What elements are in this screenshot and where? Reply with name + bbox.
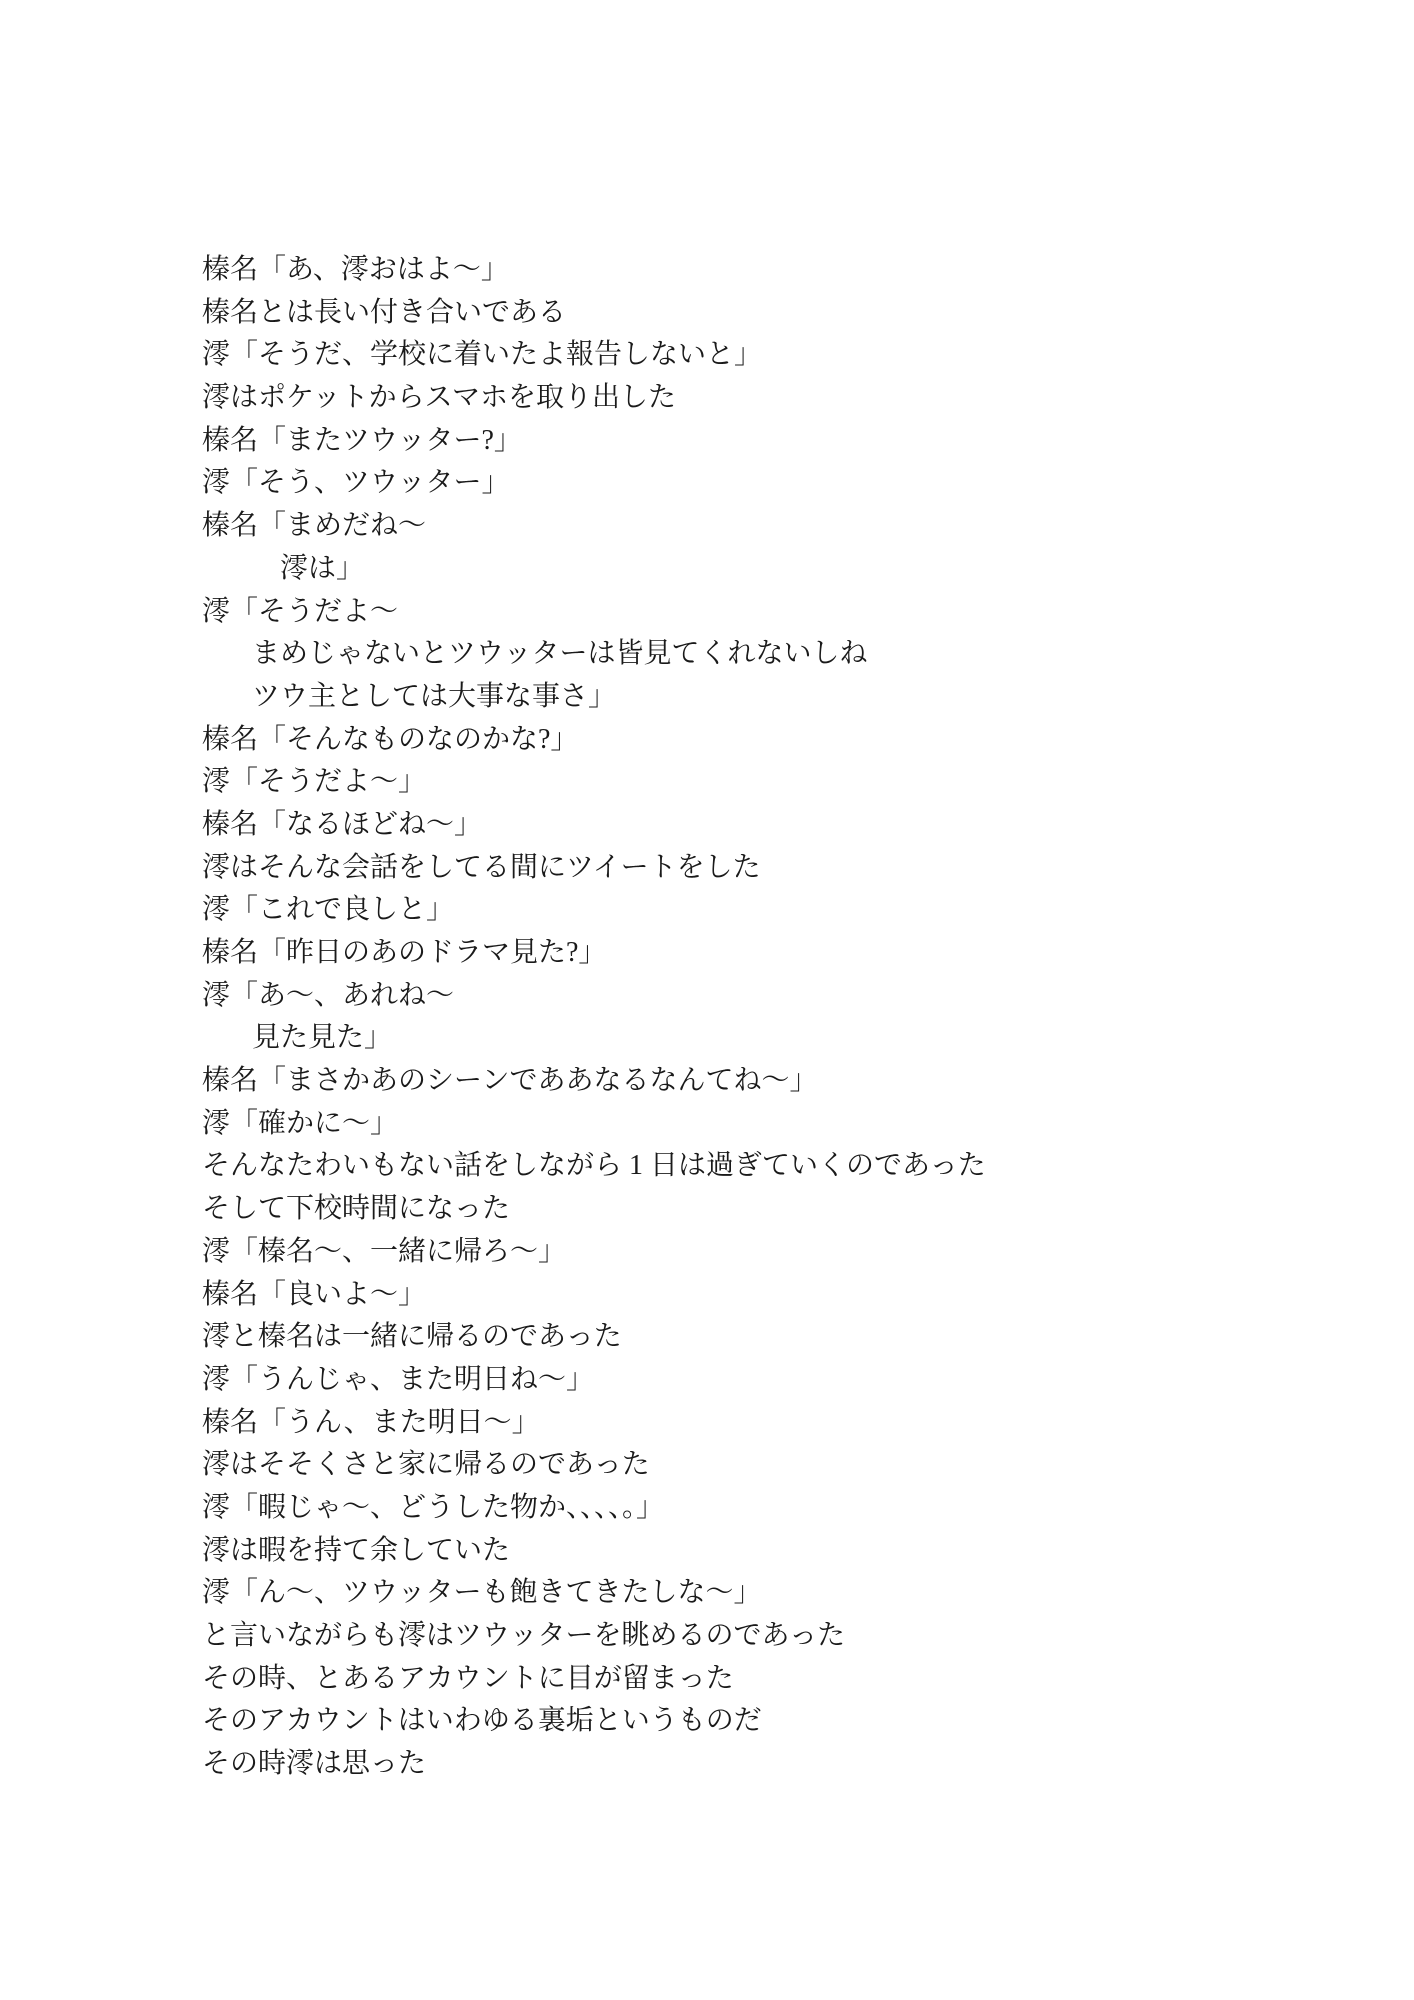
script-line: そのアカウントはいわゆる裏垢というものだ bbox=[202, 1700, 1352, 1743]
script-line: 澪「榛名～、一緒に帰ろ～」 bbox=[202, 1231, 1352, 1274]
script-line: 澪「確かに～」 bbox=[202, 1103, 1352, 1146]
script-line: 榛名「まさかあのシーンでああなるなんてね～」 bbox=[202, 1060, 1352, 1103]
script-line: 榛名「昨日のあのドラマ見た?」 bbox=[202, 932, 1352, 975]
script-line: 澪「そうだ、学校に着いたよ報告しないと」 bbox=[202, 334, 1352, 377]
script-text-block: 榛名「あ、澪おはよ～」榛名とは長い付き合いである澪「そうだ、学校に着いたよ報告し… bbox=[202, 249, 1352, 1786]
script-line: 澪は」 bbox=[202, 548, 1352, 591]
script-line: 榛名「なるほどね～」 bbox=[202, 804, 1352, 847]
script-line: と言いながらも澪はツウッターを眺めるのであった bbox=[202, 1615, 1352, 1658]
script-line: 榛名「良いよ～」 bbox=[202, 1274, 1352, 1317]
document-page: 榛名「あ、澪おはよ～」榛名とは長い付き合いである澪「そうだ、学校に着いたよ報告し… bbox=[0, 0, 1414, 2000]
script-line: 見た見た」 bbox=[202, 1017, 1352, 1060]
script-line: そして下校時間になった bbox=[202, 1188, 1352, 1231]
script-line: 澪「そうだよ～ bbox=[202, 591, 1352, 634]
script-line: 澪「ん～、ツウッターも飽きてきたしな～」 bbox=[202, 1572, 1352, 1615]
script-line: そんなたわいもない話をしながら 1 日は過ぎていくのであった bbox=[202, 1145, 1352, 1188]
script-line: 榛名「まめだね～ bbox=[202, 505, 1352, 548]
script-line: 澪「これで良しと」 bbox=[202, 889, 1352, 932]
script-line: 澪はそそくさと家に帰るのであった bbox=[202, 1444, 1352, 1487]
script-line: 澪「そうだよ～」 bbox=[202, 761, 1352, 804]
script-line: 澪と榛名は一緒に帰るのであった bbox=[202, 1316, 1352, 1359]
script-line: 榛名「そんなものなのかな?」 bbox=[202, 719, 1352, 762]
script-line: 榛名とは長い付き合いである bbox=[202, 292, 1352, 335]
script-line: 榛名「あ、澪おはよ～」 bbox=[202, 249, 1352, 292]
script-line: その時澪は思った bbox=[202, 1743, 1352, 1786]
script-line: 澪「暇じゃ～、どうした物か、、、、。」 bbox=[202, 1487, 1352, 1530]
script-line: 榛名「うん、また明日～」 bbox=[202, 1402, 1352, 1445]
script-line: 澪は暇を持て余していた bbox=[202, 1530, 1352, 1573]
script-line: 澪「あ～、あれね～ bbox=[202, 975, 1352, 1018]
script-line: 澪「うんじゃ、また明日ね～」 bbox=[202, 1359, 1352, 1402]
script-line: 澪はそんな会話をしてる間にツイートをした bbox=[202, 847, 1352, 890]
script-line: その時、とあるアカウントに目が留まった bbox=[202, 1658, 1352, 1701]
script-line: 澪はポケットからスマホを取り出した bbox=[202, 377, 1352, 420]
script-line: まめじゃないとツウッターは皆見てくれないしね bbox=[202, 633, 1352, 676]
script-line: ツウ主としては大事な事さ」 bbox=[202, 676, 1352, 719]
script-line: 澪「そう、ツウッター」 bbox=[202, 462, 1352, 505]
script-line: 榛名「またツウッター?」 bbox=[202, 420, 1352, 463]
